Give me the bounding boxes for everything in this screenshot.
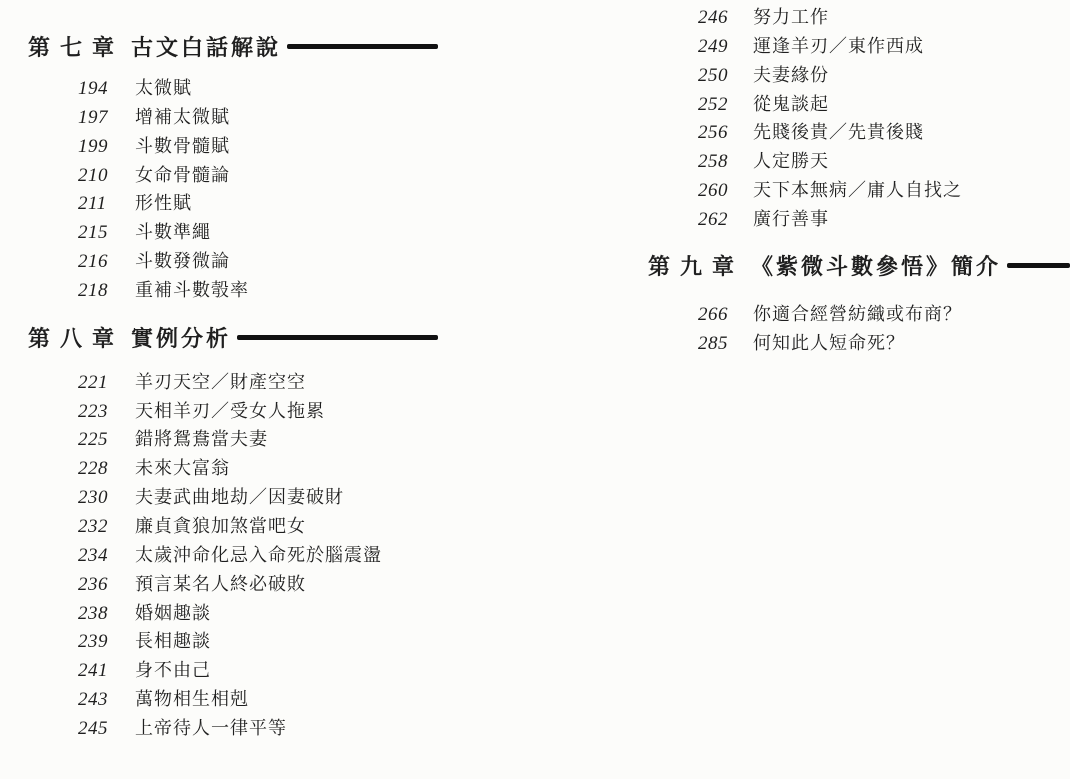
toc-entry-page-number: 258 — [698, 148, 753, 177]
toc-entry-title: 斗數發微論 — [135, 247, 230, 276]
toc-entry-page-number: 236 — [78, 571, 135, 600]
toc-entry: 232 廉貞貪狼加煞當吧女 — [28, 512, 438, 541]
toc-entry-page-number: 241 — [78, 657, 135, 686]
toc-entry-title: 長相趣談 — [135, 627, 211, 656]
toc-entry-page-number: 232 — [78, 513, 135, 542]
toc-entry-title: 錯將鴛鴦當夫妻 — [135, 425, 268, 454]
toc-entry: 234 太歲沖命化忌入命死於腦震盪 — [28, 541, 438, 570]
toc-entry-title: 上帝待人一律平等 — [135, 714, 287, 743]
chapter-rule — [1007, 263, 1070, 268]
toc-entry-title: 萬物相生相剋 — [135, 685, 249, 714]
toc-entry-title: 你適合經營紡織或布商？ — [753, 300, 962, 329]
chapter-8-entries: 221 羊刃天空／財產空空 223 天相羊刃／受女人拖累 225 錯將鴛鴦當夫妻… — [28, 368, 438, 743]
toc-entry-page-number: 234 — [78, 542, 135, 571]
toc-entry: 262 廣行善事 — [648, 205, 1070, 234]
chapter-8-entries-continued: 246 努力工作 249 運逢羊刃／東作西成 250 夫妻緣份 252 從鬼談起 — [648, 3, 1070, 234]
toc-left-column: 第七章 古文白話解說 194 太微賦 197 增補太微賦 199 斗數骨髓賦 — [28, 33, 438, 743]
chapter-8-number: 第八章 — [28, 322, 124, 353]
toc-entry: 199 斗數骨髓賦 — [28, 132, 438, 161]
toc-entry-title: 形性賦 — [135, 189, 192, 218]
toc-entry-page-number: 225 — [78, 426, 135, 455]
toc-entry-title: 斗數骨髓賦 — [135, 132, 230, 161]
chapter-8-heading: 第八章 實例分析 — [28, 325, 438, 351]
chapter-7-title: 古文白話解說 — [131, 31, 281, 62]
toc-entry-title: 何知此人短命死？ — [753, 329, 905, 358]
toc-page: 第七章 古文白話解說 194 太微賦 197 增補太微賦 199 斗數骨髓賦 — [0, 0, 1070, 779]
toc-entry: 230 夫妻武曲地劫／因妻破財 — [28, 483, 438, 512]
toc-entry-title: 夫妻緣份 — [753, 61, 829, 90]
toc-entry-title: 先賤後貴／先貴後賤 — [753, 118, 924, 147]
toc-entry-page-number: 250 — [698, 62, 753, 91]
toc-entry: 243 萬物相生相剋 — [28, 685, 438, 714]
toc-entry: 215 斗數準繩 — [28, 218, 438, 247]
toc-entry-page-number: 199 — [78, 133, 135, 162]
chapter-7-number: 第七章 — [28, 31, 124, 62]
toc-entry: 260 天下本無病／庸人自找之 — [648, 176, 1070, 205]
toc-entry-title: 天下本無病／庸人自找之 — [753, 176, 962, 205]
toc-entry: 250 夫妻緣份 — [648, 61, 1070, 90]
toc-entry: 221 羊刃天空／財產空空 — [28, 368, 438, 397]
toc-entry-page-number: 194 — [78, 75, 135, 104]
toc-entry: 238 婚姻趣談 — [28, 599, 438, 628]
toc-entry: 223 天相羊刃／受女人拖累 — [28, 397, 438, 426]
toc-entry-title: 人定勝天 — [753, 147, 829, 176]
toc-entry-title: 未來大富翁 — [135, 454, 230, 483]
toc-entry-page-number: 252 — [698, 91, 753, 120]
toc-entry: 258 人定勝天 — [648, 147, 1070, 176]
toc-entry-page-number: 218 — [78, 277, 135, 306]
toc-entry-page-number: 256 — [698, 119, 753, 148]
toc-entry-page-number: 245 — [78, 715, 135, 744]
chapter-9-number: 第九章 — [648, 250, 744, 281]
toc-entry-title: 增補太微賦 — [135, 103, 230, 132]
toc-entry: 246 努力工作 — [648, 3, 1070, 32]
toc-entry-page-number: 266 — [698, 301, 753, 330]
toc-entry-page-number: 238 — [78, 600, 135, 629]
toc-entry-page-number: 223 — [78, 398, 135, 427]
toc-entry: 194 太微賦 — [28, 74, 438, 103]
toc-entry-title: 身不由己 — [135, 656, 211, 685]
toc-entry-title: 廣行善事 — [753, 205, 829, 234]
toc-entry-page-number: 221 — [78, 369, 135, 398]
toc-entry-title: 女命骨髓論 — [135, 161, 230, 190]
chapter-rule — [237, 335, 438, 340]
toc-entry-title: 婚姻趣談 — [135, 599, 211, 628]
toc-entry-title: 太歲沖命化忌入命死於腦震盪 — [135, 541, 382, 570]
toc-entry: 210 女命骨髓論 — [28, 161, 438, 190]
toc-entry-title: 太微賦 — [135, 74, 192, 103]
toc-entry-title: 運逢羊刃／東作西成 — [753, 32, 924, 61]
toc-entry-page-number: 285 — [698, 330, 753, 359]
toc-entry: 197 增補太微賦 — [28, 103, 438, 132]
toc-entry-title: 從鬼談起 — [753, 90, 829, 119]
chapter-7-entries: 194 太微賦 197 增補太微賦 199 斗數骨髓賦 210 女命骨髓論 — [28, 74, 438, 305]
toc-entry-page-number: 260 — [698, 177, 753, 206]
toc-entry: 211 形性賦 — [28, 189, 438, 218]
toc-entry-title: 重補斗數彀率 — [135, 276, 249, 305]
chapter-9-title: 《紫微斗數參悟》簡介 — [751, 250, 1001, 281]
chapter-rule — [287, 44, 438, 49]
toc-entry: 216 斗數發微論 — [28, 247, 438, 276]
toc-entry: 245 上帝待人一律平等 — [28, 714, 438, 743]
toc-entry: 252 從鬼談起 — [648, 90, 1070, 119]
toc-entry-title: 天相羊刃／受女人拖累 — [135, 397, 325, 426]
toc-entry: 228 未來大富翁 — [28, 454, 438, 483]
toc-entry-page-number: 239 — [78, 628, 135, 657]
toc-entry: 236 預言某名人終必破敗 — [28, 570, 438, 599]
toc-entry: 249 運逢羊刃／東作西成 — [648, 32, 1070, 61]
toc-entry-page-number: 262 — [698, 206, 753, 235]
toc-entry: 225 錯將鴛鴦當夫妻 — [28, 425, 438, 454]
toc-entry-page-number: 216 — [78, 248, 135, 277]
toc-entry: 266 你適合經營紡織或布商？ — [648, 300, 1070, 329]
toc-entry-title: 斗數準繩 — [135, 218, 211, 247]
toc-entry-page-number: 210 — [78, 162, 135, 191]
toc-entry-page-number: 246 — [698, 4, 753, 33]
toc-entry: 241 身不由己 — [28, 656, 438, 685]
toc-entry-title: 預言某名人終必破敗 — [135, 570, 306, 599]
toc-entry-page-number: 249 — [698, 33, 753, 62]
toc-right-column: 246 努力工作 249 運逢羊刃／東作西成 250 夫妻緣份 252 從鬼談起 — [648, 3, 1070, 357]
toc-entry: 239 長相趣談 — [28, 627, 438, 656]
toc-entry-title: 努力工作 — [753, 3, 829, 32]
toc-entry-title: 夫妻武曲地劫／因妻破財 — [135, 483, 344, 512]
toc-entry-page-number: 228 — [78, 455, 135, 484]
toc-entry: 285 何知此人短命死？ — [648, 329, 1070, 358]
toc-entry-page-number: 230 — [78, 484, 135, 513]
chapter-8-title: 實例分析 — [131, 322, 231, 353]
toc-entry-title: 羊刃天空／財產空空 — [135, 368, 306, 397]
chapter-9-entries: 266 你適合經營紡織或布商？ 285 何知此人短命死？ — [648, 300, 1070, 358]
chapter-7-heading: 第七章 古文白話解說 — [28, 33, 438, 59]
toc-entry-title: 廉貞貪狼加煞當吧女 — [135, 512, 306, 541]
toc-entry-page-number: 197 — [78, 104, 135, 133]
chapter-9-heading: 第九章 《紫微斗數參悟》簡介 — [648, 253, 1070, 279]
toc-entry: 218 重補斗數彀率 — [28, 276, 438, 305]
toc-entry-page-number: 215 — [78, 219, 135, 248]
toc-entry-page-number: 243 — [78, 686, 135, 715]
toc-entry-page-number: 211 — [78, 190, 135, 219]
toc-entry: 256 先賤後貴／先貴後賤 — [648, 118, 1070, 147]
